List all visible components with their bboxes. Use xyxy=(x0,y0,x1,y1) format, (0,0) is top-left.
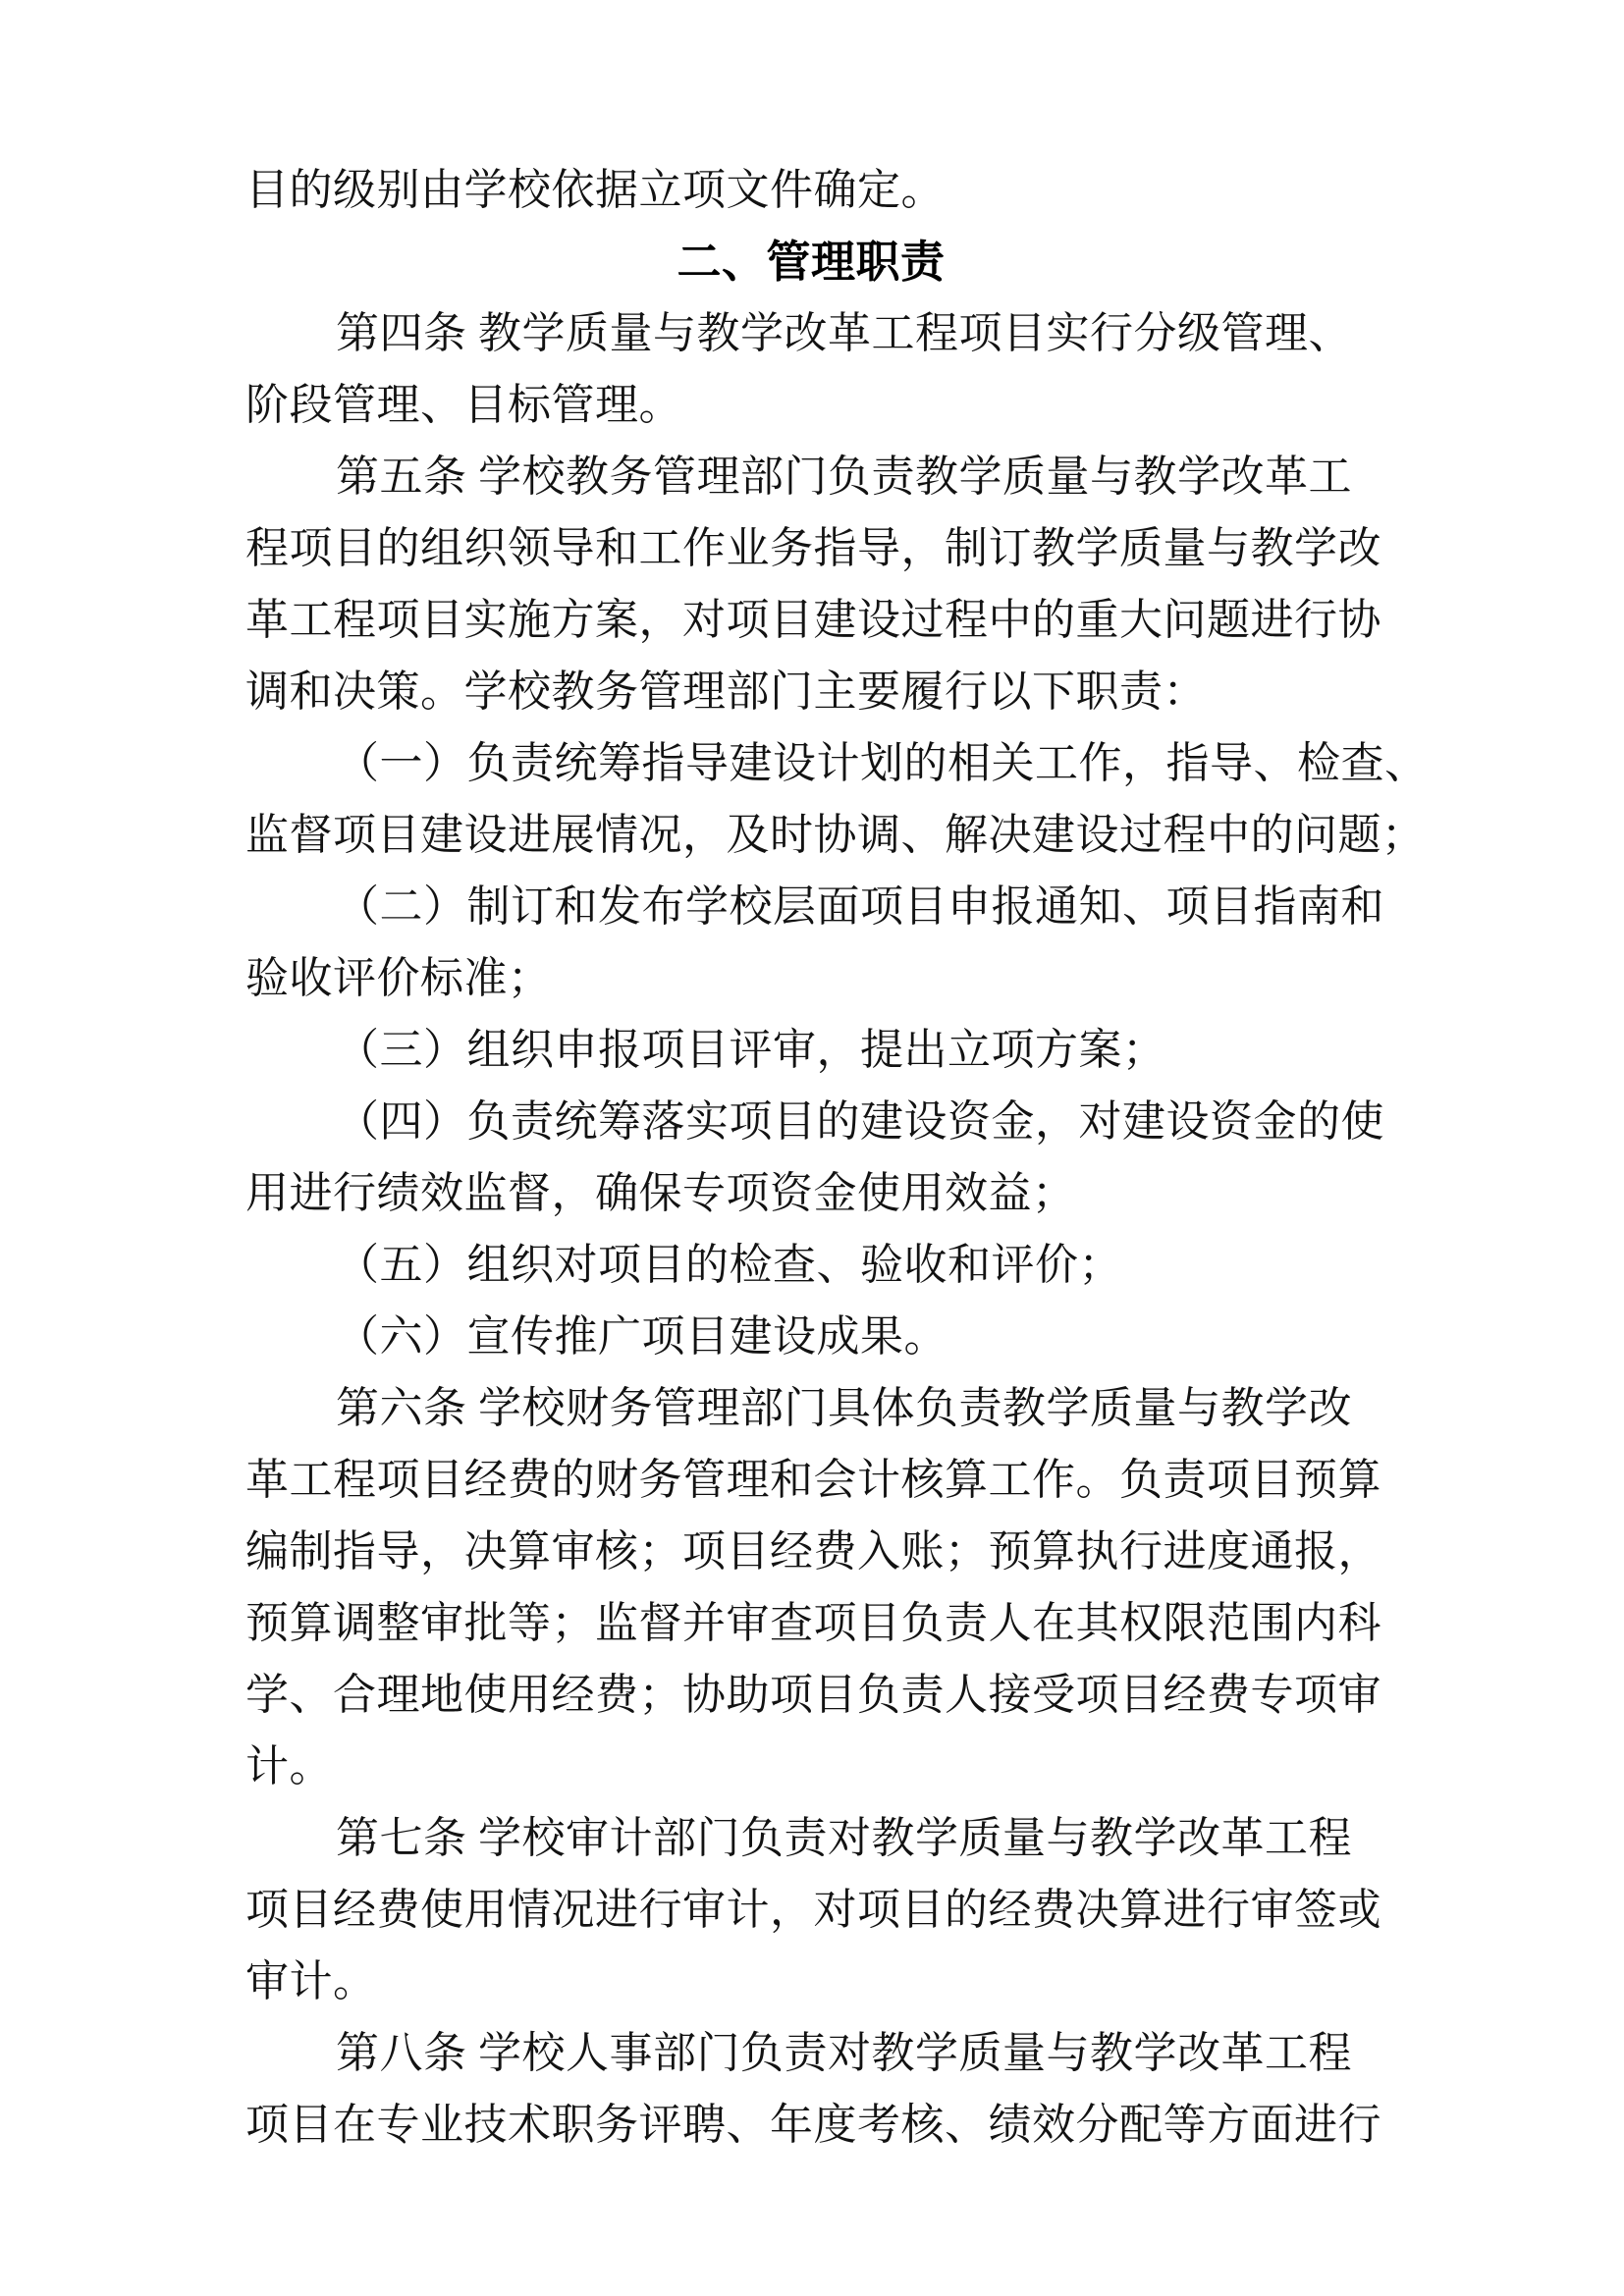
document-line: 第六条 学校财务管理部门具体负责教学质量与教学改 xyxy=(245,1372,1377,1444)
document-line: 项目在专业技术职务评聘、年度考核、绩效分配等方面进行 xyxy=(245,2089,1377,2161)
document-line: 目的级别由学校依据立项文件确定。 xyxy=(245,154,1377,226)
document-line: 预算调整审批等；监督并审查项目负责人在其权限范围内科 xyxy=(245,1587,1377,1659)
document-line: 阶段管理、目标管理。 xyxy=(245,369,1377,441)
document-line: 用进行绩效监督，确保专项资金使用效益； xyxy=(245,1157,1377,1229)
document-line: 程项目的组织领导和工作业务指导，制订教学质量与教学改 xyxy=(245,512,1377,584)
document-page: 目的级别由学校依据立项文件确定。二、管理职责第四条 教学质量与教学改革工程项目实… xyxy=(0,0,1624,2296)
document-line: 学、合理地使用经费；协助项目负责人接受项目经费专项审 xyxy=(245,1659,1377,1731)
document-line: 验收评价标准； xyxy=(245,942,1377,1014)
document-line: 第五条 学校教务管理部门负责教学质量与教学改革工 xyxy=(245,441,1377,512)
document-line: 第七条 学校审计部门负责对教学质量与教学改革工程 xyxy=(245,1802,1377,1874)
document-line: 第四条 教学质量与教学改革工程项目实行分级管理、 xyxy=(245,297,1377,369)
document-line: （二）制订和发布学校层面项目申报通知、项目指南和 xyxy=(245,871,1377,942)
document-line: 调和决策。学校教务管理部门主要履行以下职责： xyxy=(245,656,1377,727)
document-line: 计。 xyxy=(245,1731,1377,1802)
document-line: 革工程项目经费的财务管理和会计核算工作。负责项目预算 xyxy=(245,1444,1377,1516)
document-line: 项目经费使用情况进行审计，对项目的经费决算进行审签或 xyxy=(245,1874,1377,1946)
document-line: （五）组织对项目的检查、验收和评价； xyxy=(245,1229,1377,1301)
document-line: （四）负责统筹落实项目的建设资金，对建设资金的使 xyxy=(245,1086,1377,1157)
section-heading: 二、管理职责 xyxy=(245,226,1377,297)
document-line: 审计。 xyxy=(245,1946,1377,2017)
document-line: （一）负责统筹指导建设计划的相关工作，指导、检查、 xyxy=(245,727,1377,799)
document-line: 监督项目建设进展情况，及时协调、解决建设过程中的问题； xyxy=(245,799,1377,871)
document-line: 编制指导，决算审核；项目经费入账；预算执行进度通报， xyxy=(245,1516,1377,1587)
document-content: 目的级别由学校依据立项文件确定。二、管理职责第四条 教学质量与教学改革工程项目实… xyxy=(245,154,1377,2161)
document-line: 第八条 学校人事部门负责对教学质量与教学改革工程 xyxy=(245,2017,1377,2089)
document-line: （六）宣传推广项目建设成果。 xyxy=(245,1301,1377,1372)
document-line: 革工程项目实施方案，对项目建设过程中的重大问题进行协 xyxy=(245,584,1377,656)
document-line: （三）组织申报项目评审，提出立项方案； xyxy=(245,1014,1377,1086)
